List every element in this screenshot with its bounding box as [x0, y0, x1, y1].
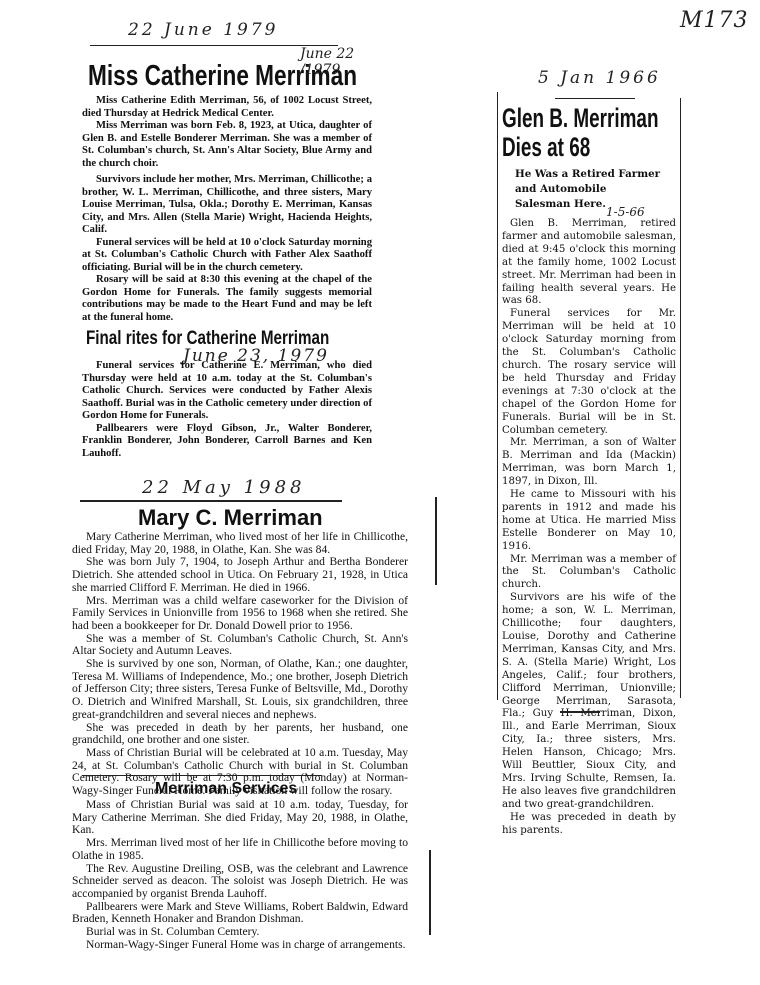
paragraph: Mr. Merriman, a son of Walter B. Merrima… [502, 437, 676, 489]
paragraph: She is survived by one son, Norman, of O… [72, 658, 408, 722]
underline-rule [555, 98, 635, 99]
paragraph: Mass of Christian Burial was said at 10 … [72, 799, 408, 837]
column-rule [435, 497, 437, 585]
date-note: 22 May 1988 [142, 477, 306, 498]
article-body: Mary Catherine Merriman, who lived most … [72, 531, 408, 798]
column-rule [429, 850, 431, 935]
paragraph: She was born July 7, 1904, to Joseph Art… [72, 556, 408, 594]
headline-annotation: June 22 /1979 [300, 46, 380, 78]
paragraph: Mrs. Merriman was a child welfare casewo… [72, 595, 408, 633]
paragraph: Miss Merriman was born Feb. 8, 1923, at … [82, 120, 372, 170]
paragraph: He came to Missouri with his parents in … [502, 489, 676, 554]
paragraph: Miss Catherine Edith Merriman, 56, of 10… [82, 95, 372, 120]
page-marker: M173 [680, 8, 749, 33]
article-body: Miss Catherine Edith Merriman, 56, of 10… [82, 95, 372, 324]
date-note: 5 Jan 1966 [538, 68, 661, 88]
paragraph: She was a member of St. Columban's Catho… [72, 633, 408, 658]
clipping-border-left [497, 92, 498, 700]
headline: Glen B. Merriman Dies at 68 [502, 104, 658, 162]
headline: Merriman Services [155, 780, 297, 798]
paragraph: Rosary will be said at 8:30 this evening… [82, 274, 372, 324]
underline-rule [80, 500, 342, 502]
article-body: Funeral services for Catherine E. Merrim… [82, 360, 372, 460]
paragraph: Pallbearers were Mark and Steve Williams… [72, 901, 408, 926]
end-rule [560, 711, 600, 713]
divider-rule [82, 775, 322, 776]
paragraph: The Rev. Augustine Dreiling, OSB, was th… [72, 863, 408, 901]
paragraph: She was preceded in death by her parents… [72, 722, 408, 747]
article-body: Glen B. Merriman, retired farmer and aut… [502, 218, 676, 838]
paragraph: Burial was in St. Columban Cemtery. [72, 926, 408, 939]
paragraph: Survivors include her mother, Mrs. Merri… [82, 174, 372, 237]
headline: Mary C. Merriman [138, 505, 323, 531]
headline-line: Dies at 68 [502, 133, 658, 162]
paragraph: Funeral services for Catherine E. Merrim… [82, 360, 372, 423]
paragraph: Mr. Merriman was a member of the St. Col… [502, 554, 676, 593]
headline-line: Glen B. Merriman [502, 104, 658, 133]
paragraph: Funeral services for Mr. Merriman will b… [502, 308, 676, 437]
date-annotation: 1-5-66 [606, 205, 645, 219]
paragraph: Funeral services will be held at 10 o'cl… [82, 237, 372, 275]
paragraph: Survivors are his wife of the home; a so… [502, 592, 676, 811]
paragraph: Glen B. Merriman, retired farmer and aut… [502, 218, 676, 308]
paragraph: He was preceded in death by his parents. [502, 812, 676, 838]
clipping-border-right [680, 98, 681, 698]
paragraph: Mrs. Merriman lived most of her life in … [72, 837, 408, 862]
paragraph: Mary Catherine Merriman, who lived most … [72, 531, 408, 556]
date-note: 22 June 1979 [128, 20, 278, 40]
article-body: Mass of Christian Burial was said at 10 … [72, 799, 408, 951]
paragraph: Pallbearers were Floyd Gibson, Jr., Walt… [82, 423, 372, 461]
paragraph: Norman-Wagy-Singer Funeral Home was in c… [72, 939, 408, 952]
